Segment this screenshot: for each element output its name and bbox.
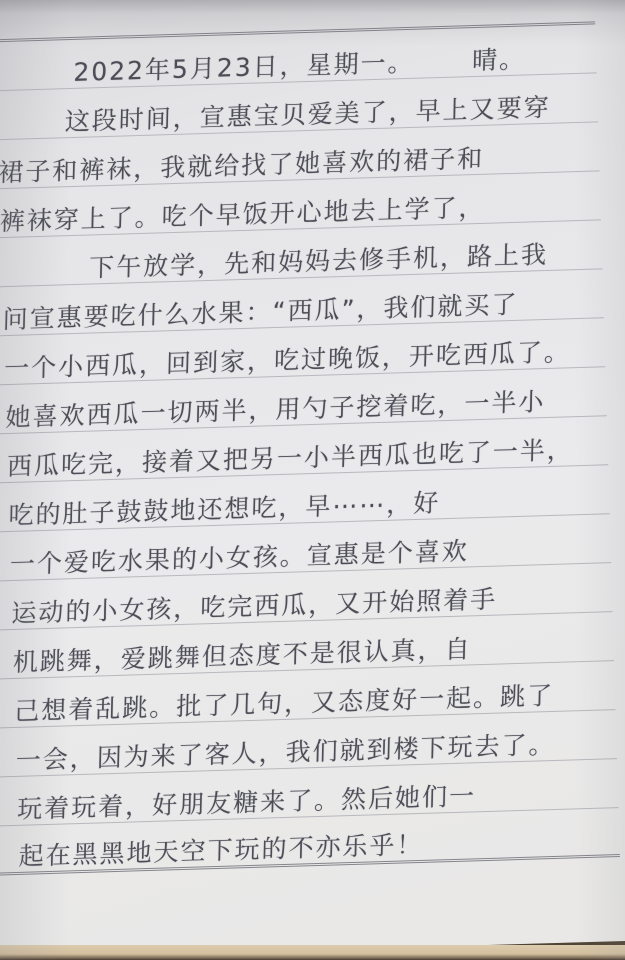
table-surface [0, 945, 625, 960]
ruled-area: 2022年5月23日，星期一。 晴。 这段时间，宣惠宝贝爱美了，早上又要穿 裙子… [0, 0, 620, 877]
diary-line-text: 起在黑黑地天空下玩的不亦乐乎！ [18, 830, 423, 870]
diary-photo: 2022年5月23日，星期一。 晴。 这段时间，宣惠宝贝爱美了，早上又要穿 裙子… [0, 0, 625, 960]
notebook-paper: 2022年5月23日，星期一。 晴。 这段时间，宣惠宝贝爱美了，早上又要穿 裙子… [0, 0, 625, 960]
weather-text: 晴。 [472, 45, 527, 74]
date-weather-gap [415, 74, 473, 76]
